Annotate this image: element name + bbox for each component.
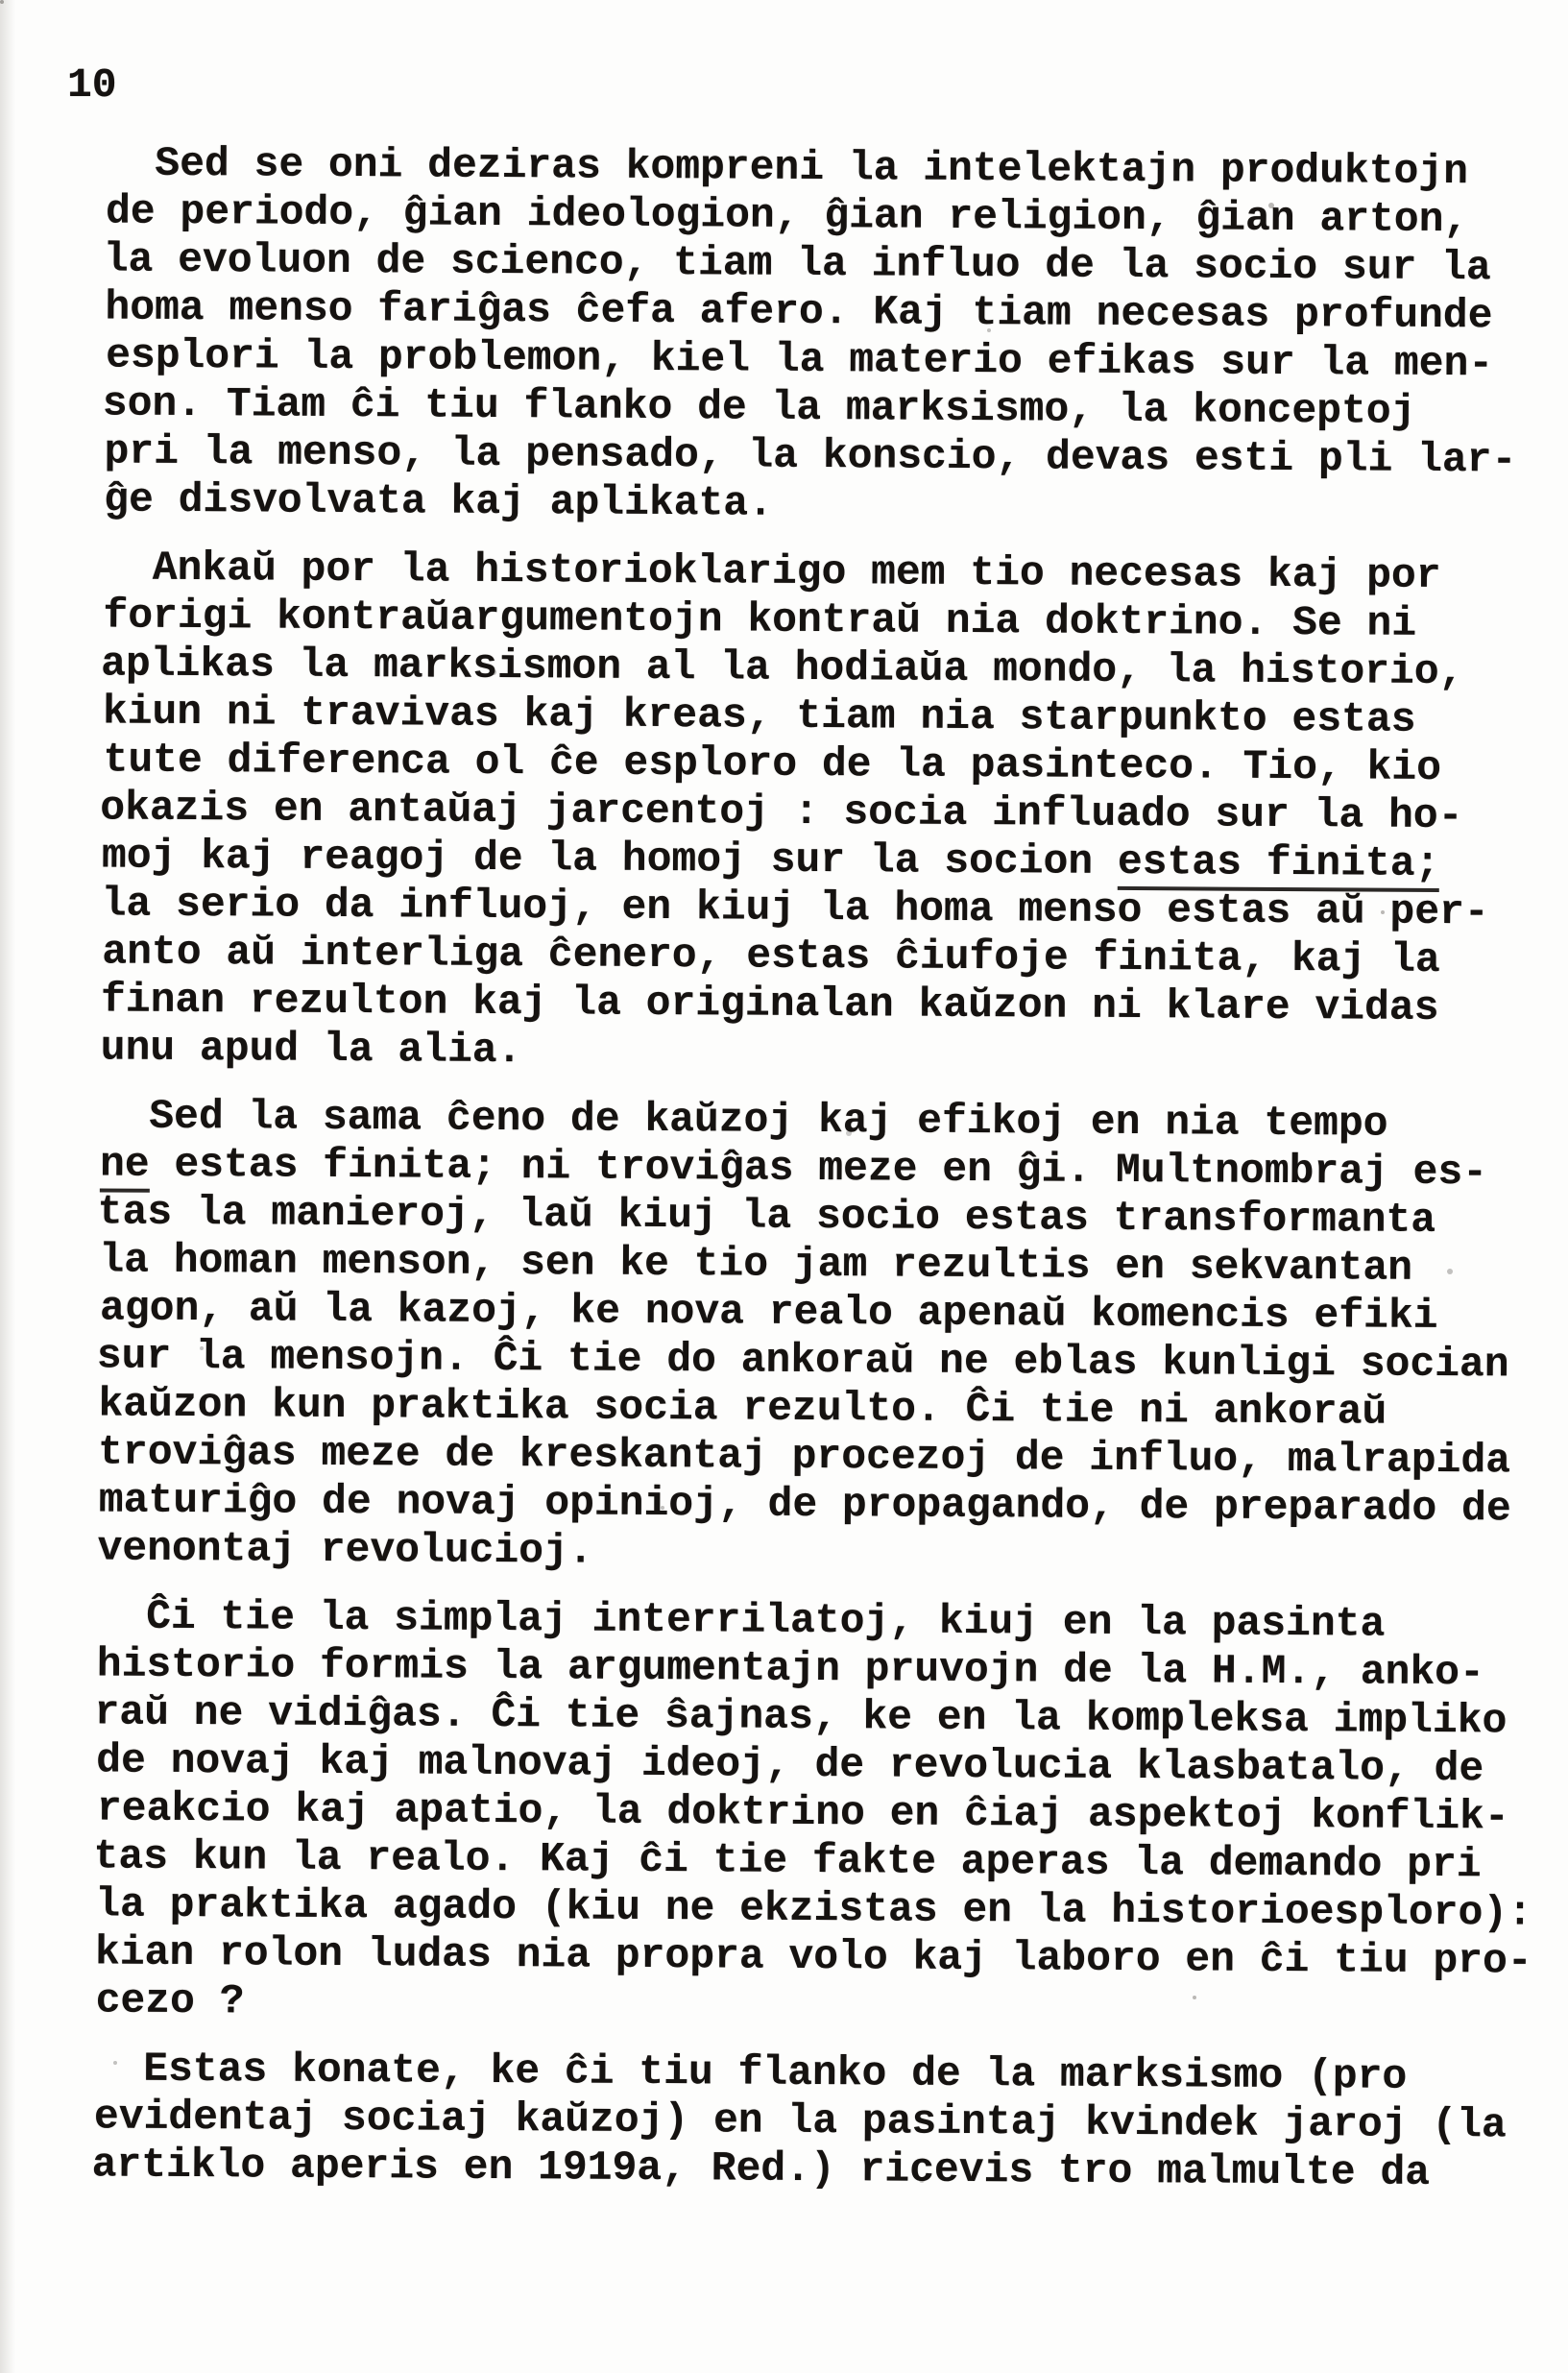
text-line: sur la mensojn. Ĉi tie do ankoraŭ ne ebl… bbox=[97, 1332, 1528, 1389]
text-segment: Estas konate, ke ĉi tiu flanko de la mar… bbox=[143, 2046, 1407, 2100]
scanned-page: 10 Sed se oni deziras kompreni la intele… bbox=[0, 0, 1568, 2373]
text-line: kian rolon ludas nia propra volo kaj lab… bbox=[95, 1928, 1526, 1985]
text-segment: pri la menso, la pensado, la konscio, de… bbox=[104, 427, 1516, 483]
paragraph: Sed la sama ĉeno de kaŭzoj kaj efikoj en… bbox=[97, 1092, 1531, 1581]
text-line: esplori la problemon, kiel la materio ef… bbox=[106, 331, 1536, 388]
text-segment: tas kun la realo. Kaj ĉi tie fakte apera… bbox=[93, 1832, 1481, 1888]
text-block: Sed se oni deziras kompreni la intelekta… bbox=[93, 139, 1536, 2197]
text-segment: kian rolon ludas nia propra volo kaj lab… bbox=[95, 1928, 1532, 1984]
text-line: homa menso fariĝas ĉefa afero. Kaj tiam … bbox=[105, 283, 1535, 340]
text-segment: kiun ni travivas kaj kreas, tiam nia sta… bbox=[103, 688, 1416, 742]
text-segment: kaŭzon kun praktika socia rezulto. Ĉi ti… bbox=[98, 1380, 1387, 1435]
text-segment: venontaj revolucioj. bbox=[97, 1524, 592, 1574]
scan-noise-specks bbox=[0, 0, 4, 4]
text-segment: reakcio kaj apatio, la doktrino en ĉiaj … bbox=[97, 1784, 1509, 1840]
text-line: aplikas la marksismon al la hodiaŭa mond… bbox=[101, 640, 1532, 696]
text-line: la evoluon de scienco, tiam la influo de… bbox=[104, 235, 1534, 292]
text-segment: troviĝas meze de kreskantaj procezoj de … bbox=[98, 1428, 1510, 1484]
text-segment: son. Tiam ĉi tiu flanko de la marksismo,… bbox=[103, 379, 1416, 434]
text-segment: tas la manieroj, laŭ kiuj la socio estas… bbox=[98, 1188, 1436, 1244]
text-segment: homa menso fariĝas ĉefa afero. Kaj tiam … bbox=[105, 283, 1492, 339]
underlined-text: estas finita; bbox=[1118, 838, 1440, 892]
text-line: reakcio kaj apatio, la doktrino en ĉiaj … bbox=[97, 1784, 1528, 1841]
text-line: forigi kontraŭargumentojn kontraŭ nia do… bbox=[103, 592, 1533, 648]
text-segment: forigi kontraŭargumentojn kontraŭ nia do… bbox=[103, 592, 1416, 646]
text-segment: la evoluon de scienco, tiam la influo de… bbox=[104, 235, 1491, 291]
text-segment: esplori la problemon, kiel la materio ef… bbox=[106, 331, 1493, 387]
text-line: moj kaj reagoj de la homoj sur la socion… bbox=[102, 832, 1532, 888]
text-segment: Sed se oni deziras kompreni la intelekta… bbox=[155, 140, 1468, 195]
text-line: kaŭzon kun praktika socia rezulto. Ĉi ti… bbox=[98, 1380, 1529, 1437]
text-segment: okazis en antaŭaj jarcentoj : socia infl… bbox=[100, 784, 1463, 839]
paragraph: Ankaŭ por la historioklarigo mem tio nec… bbox=[101, 544, 1534, 1080]
text-segment: raŭ ne vidiĝas. Ĉi tie ŝajnas, ke en la … bbox=[94, 1688, 1507, 1744]
text-line: la homan menson, sen ke tio jam rezultis… bbox=[99, 1236, 1530, 1293]
text-line: troviĝas meze de kreskantaj procezoj de … bbox=[98, 1428, 1529, 1485]
text-segment: maturiĝo de novaj opinioj, de propagando… bbox=[99, 1476, 1511, 1532]
paragraph: Ĉi tie la simplaj interrilatoj, kiuj en … bbox=[95, 1592, 1529, 2033]
text-line: finan rezulton kaj la originalan kaŭzon … bbox=[101, 976, 1532, 1032]
page-number: 10 bbox=[67, 61, 117, 109]
text-segment: tute diferenca ol ĉe esploro de la pasin… bbox=[103, 736, 1441, 791]
text-line: Estas konate, ke ĉi tiu flanko de la mar… bbox=[95, 2045, 1526, 2101]
text-line: Ĉi tie la simplaj interrilatoj, kiuj en … bbox=[98, 1592, 1529, 1649]
text-line: Ankaŭ por la historioklarigo mem tio nec… bbox=[105, 544, 1535, 600]
text-segment: historio formis la argumentajn pruvojn d… bbox=[97, 1640, 1484, 1696]
text-line: kiun ni travivas kaj kreas, tiam nia sta… bbox=[103, 688, 1533, 744]
text-line: artiklo aperis en 1919a, Red.) ricevis t… bbox=[91, 2141, 1522, 2197]
text-segment: unu apud la alia. bbox=[101, 1024, 522, 1074]
text-segment: Ĉi tie la simplaj interrilatoj, kiuj en … bbox=[146, 1593, 1385, 1648]
text-line: historio formis la argumentajn pruvojn d… bbox=[97, 1640, 1528, 1697]
text-line: pri la menso, la pensado, la konscio, de… bbox=[104, 427, 1534, 484]
text-segment: Sed la sama ĉeno de kaŭzoj kaj efikoj en… bbox=[149, 1093, 1387, 1148]
text-segment: la praktika agado (kiu ne ekzistas en la… bbox=[95, 1880, 1532, 1936]
underlined-text: ne bbox=[100, 1140, 150, 1192]
text-segment: de periodo, ĝian ideologion, ĝian religi… bbox=[106, 187, 1469, 243]
text-line: unu apud la alia. bbox=[101, 1024, 1532, 1080]
text-line: ĝe disvolvata kaj aplikata. bbox=[104, 475, 1534, 532]
text-segment: la serio da influoj, en kiuj la homa men… bbox=[102, 880, 1489, 935]
text-segment: agon, aŭ la kazoj, ke nova realo apenaŭ … bbox=[100, 1284, 1438, 1340]
text-line: son. Tiam ĉi tiu flanko de la marksismo,… bbox=[103, 379, 1533, 436]
text-segment: Ankaŭ por la historioklarigo mem tio nec… bbox=[153, 545, 1441, 599]
text-segment: evidentaj sociaj kaŭzoj) en la pasintaj … bbox=[94, 2093, 1507, 2148]
text-segment: sur la mensojn. Ĉi tie do ankoraŭ ne ebl… bbox=[97, 1332, 1509, 1388]
text-line: de novaj kaj malnovaj ideoj, de revoluci… bbox=[96, 1736, 1527, 1793]
text-line: tas la manieroj, laŭ kiuj la socio estas… bbox=[98, 1188, 1529, 1245]
text-segment: moj kaj reagoj de la homoj sur la socion bbox=[102, 832, 1118, 884]
text-line: okazis en antaŭaj jarcentoj : socia infl… bbox=[100, 784, 1531, 840]
text-segment: cezo ? bbox=[96, 1976, 245, 2024]
text-line: venontaj revolucioj. bbox=[97, 1524, 1528, 1581]
text-segment: de novaj kaj malnovaj ideoj, de revoluci… bbox=[96, 1736, 1484, 1792]
text-line: agon, aŭ la kazoj, ke nova realo apenaŭ … bbox=[100, 1284, 1531, 1341]
text-segment: estas finita; ni troviĝas meze en ĝi. Mu… bbox=[149, 1141, 1487, 1197]
text-line: anto aŭ interliga ĉenero, estas ĉiufoje … bbox=[102, 928, 1532, 984]
text-line: tute diferenca ol ĉe esploro de la pasin… bbox=[103, 736, 1533, 792]
text-line: cezo ? bbox=[96, 1976, 1527, 2033]
text-segment: aplikas la marksismon al la hodiaŭa mond… bbox=[101, 640, 1464, 695]
paragraph: Sed se oni deziras kompreni la intelekta… bbox=[104, 139, 1536, 532]
paragraph: Estas konate, ke ĉi tiu flanko de la mar… bbox=[93, 2045, 1525, 2197]
text-line: la praktika agado (kiu ne ekzistas en la… bbox=[95, 1880, 1526, 1937]
text-line: maturiĝo de novaj opinioj, de propagando… bbox=[99, 1476, 1530, 1533]
text-line: Sed se oni deziras kompreni la intelekta… bbox=[107, 139, 1537, 196]
text-segment: artiklo aperis en 1919a, Red.) ricevis t… bbox=[92, 2141, 1431, 2196]
text-line: de periodo, ĝian ideologion, ĝian religi… bbox=[106, 187, 1536, 244]
text-line: raŭ ne vidiĝas. Ĉi tie ŝajnas, ke en la … bbox=[94, 1688, 1525, 1745]
text-segment: finan rezulton kaj la originalan kaŭzon … bbox=[101, 976, 1439, 1031]
text-line: ne estas finita; ni troviĝas meze en ĝi.… bbox=[100, 1140, 1531, 1197]
text-line: tas kun la realo. Kaj ĉi tie fakte apera… bbox=[93, 1832, 1524, 1889]
text-line: evidentaj sociaj kaŭzoj) en la pasintaj … bbox=[94, 2093, 1525, 2149]
text-line: Sed la sama ĉeno de kaŭzoj kaj efikoj en… bbox=[101, 1092, 1532, 1149]
text-segment: la homan menson, sen ke tio jam rezultis… bbox=[99, 1236, 1412, 1291]
text-segment: anto aŭ interliga ĉenero, estas ĉiufoje … bbox=[102, 928, 1440, 983]
text-line: la serio da influoj, en kiuj la homa men… bbox=[102, 880, 1532, 936]
text-segment: ĝe disvolvata kaj aplikata. bbox=[104, 475, 773, 526]
